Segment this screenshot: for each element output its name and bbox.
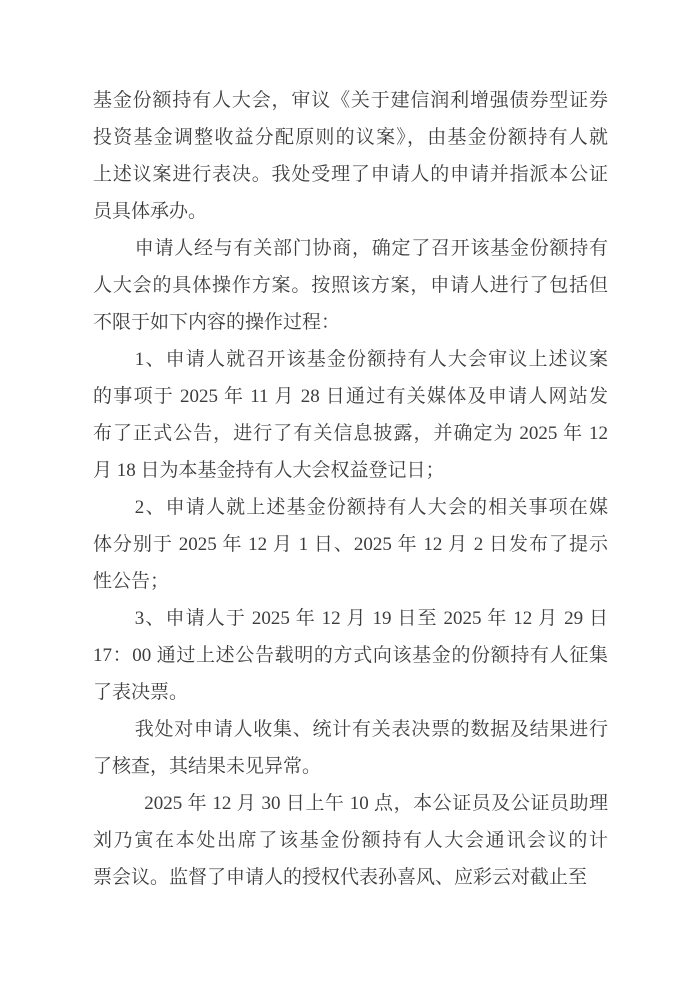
paragraph-7: 2025 年 12 月 30 日上午 10 点，本公证员及公证员助理 刘乃寅在本… <box>93 785 608 896</box>
text-line: 2025 年 12 月 30 日上午 10 点，本公证员及公证员助理 <box>93 785 608 822</box>
paragraph-3: 1、申请人就召开该基金份额持有人大会审议上述议案 的事项于 2025 年 11 … <box>93 341 608 489</box>
text-line: 1、申请人就召开该基金份额持有人大会审议上述议案 <box>93 341 608 378</box>
text-line: 布了正式公告，进行了有关信息披露，并确定为 2025 年 12 <box>93 415 608 452</box>
text-line: 刘乃寅在本处出席了该基金份额持有人大会通讯会议的计 <box>93 822 608 859</box>
document-page: 基金份额持有人大会，审议《关于建信润利增强债券型证券 投资基金调整收益分配原则的… <box>0 0 700 988</box>
text-line: 我处对申请人收集、统计有关表决票的数据及结果进行 <box>93 711 608 748</box>
text-line: 投资基金调整收益分配原则的议案》，由基金份额持有人就 <box>93 119 608 156</box>
text-line: 2、申请人就上述基金份额持有人大会的相关事项在媒 <box>93 489 608 526</box>
text-line: 票会议。监督了申请人的授权代表孙喜风、应彩云对截止至 <box>93 859 608 896</box>
text-line: 性公告； <box>93 563 608 600</box>
text-line: 的事项于 2025 年 11 月 28 日通过有关媒体及申请人网站发 <box>93 378 608 415</box>
text-line: 了表决票。 <box>93 674 608 711</box>
text-line: 员具体承办。 <box>93 193 608 230</box>
text-line: 不限于如下内容的操作过程： <box>93 304 608 341</box>
text-line: 基金份额持有人大会，审议《关于建信润利增强债券型证券 <box>93 82 608 119</box>
text-line: 上述议案进行表决。我处受理了申请人的申请并指派本公证 <box>93 156 608 193</box>
paragraph-5: 3、申请人于 2025 年 12 月 19 日至 2025 年 12 月 29 … <box>93 600 608 711</box>
paragraph-1: 基金份额持有人大会，审议《关于建信润利增强债券型证券 投资基金调整收益分配原则的… <box>93 82 608 230</box>
text-line: 了核查，其结果未见异常。 <box>93 748 608 785</box>
paragraph-4: 2、申请人就上述基金份额持有人大会的相关事项在媒 体分别于 2025 年 12 … <box>93 489 608 600</box>
text-line: 人大会的具体操作方案。按照该方案，申请人进行了包括但 <box>93 267 608 304</box>
text-line: 体分别于 2025 年 12 月 1 日、2025 年 12 月 2 日发布了提… <box>93 526 608 563</box>
text-line: 申请人经与有关部门协商，确定了召开该基金份额持有 <box>93 230 608 267</box>
text-line: 17：00 通过上述公告载明的方式向该基金的份额持有人征集 <box>93 637 608 674</box>
paragraph-2: 申请人经与有关部门协商，确定了召开该基金份额持有 人大会的具体操作方案。按照该方… <box>93 230 608 341</box>
text-line: 3、申请人于 2025 年 12 月 19 日至 2025 年 12 月 29 … <box>93 600 608 637</box>
paragraph-6: 我处对申请人收集、统计有关表决票的数据及结果进行 了核查，其结果未见异常。 <box>93 711 608 785</box>
text-line: 月 18 日为本基金持有人大会权益登记日； <box>93 452 608 489</box>
